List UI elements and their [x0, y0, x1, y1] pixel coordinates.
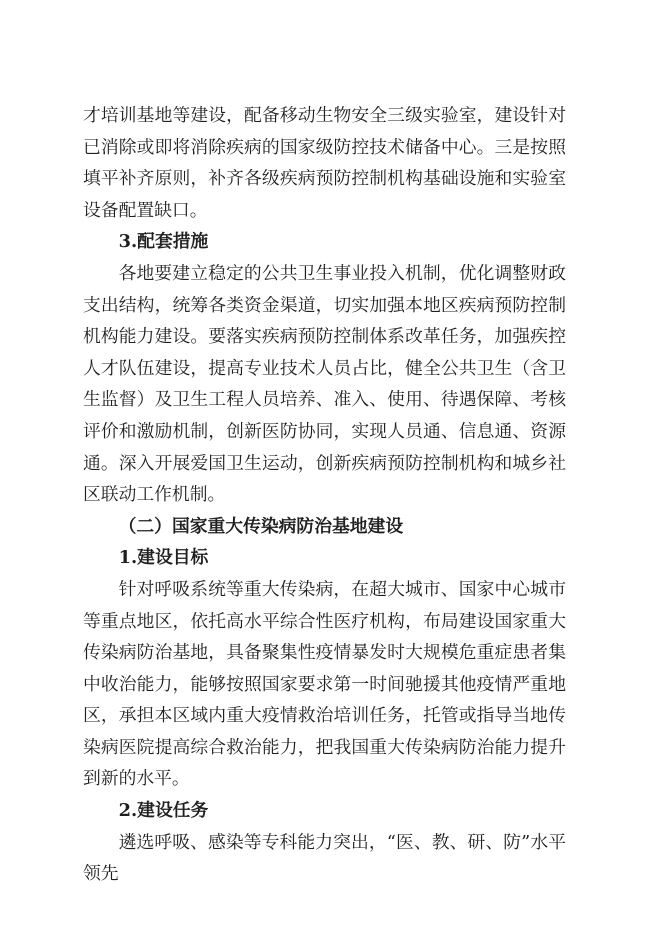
section-heading: 3.配套措施 [83, 226, 566, 258]
body-paragraph: 针对呼吸系统等重大传染病，在超大城市、国家中心城市等重点地区，依托高水平综合性医… [83, 574, 566, 795]
document-body: 才培训基地等建设，配备移动生物安全三级实验室，建设针对已消除或即将消除疾病的国家… [83, 100, 566, 890]
body-paragraph: 各地要建立稳定的公共卫生事业投入机制，优化调整财政支出结构，统筹各类资金渠道，切… [83, 258, 566, 511]
section-heading: （二）国家重大传染病防治基地建设 [83, 511, 566, 543]
document-page: 才培训基地等建设，配备移动生物安全三级实验室，建设针对已消除或即将消除疾病的国家… [0, 0, 650, 927]
section-heading: 1.建设目标 [83, 542, 566, 574]
body-paragraph: 遴选呼吸、感染等专科能力突出，“医、教、研、防”水平领先 [83, 827, 566, 890]
section-heading: 2.建设任务 [83, 795, 566, 827]
body-paragraph: 才培训基地等建设，配备移动生物安全三级实验室，建设针对已消除或即将消除疾病的国家… [83, 100, 566, 226]
